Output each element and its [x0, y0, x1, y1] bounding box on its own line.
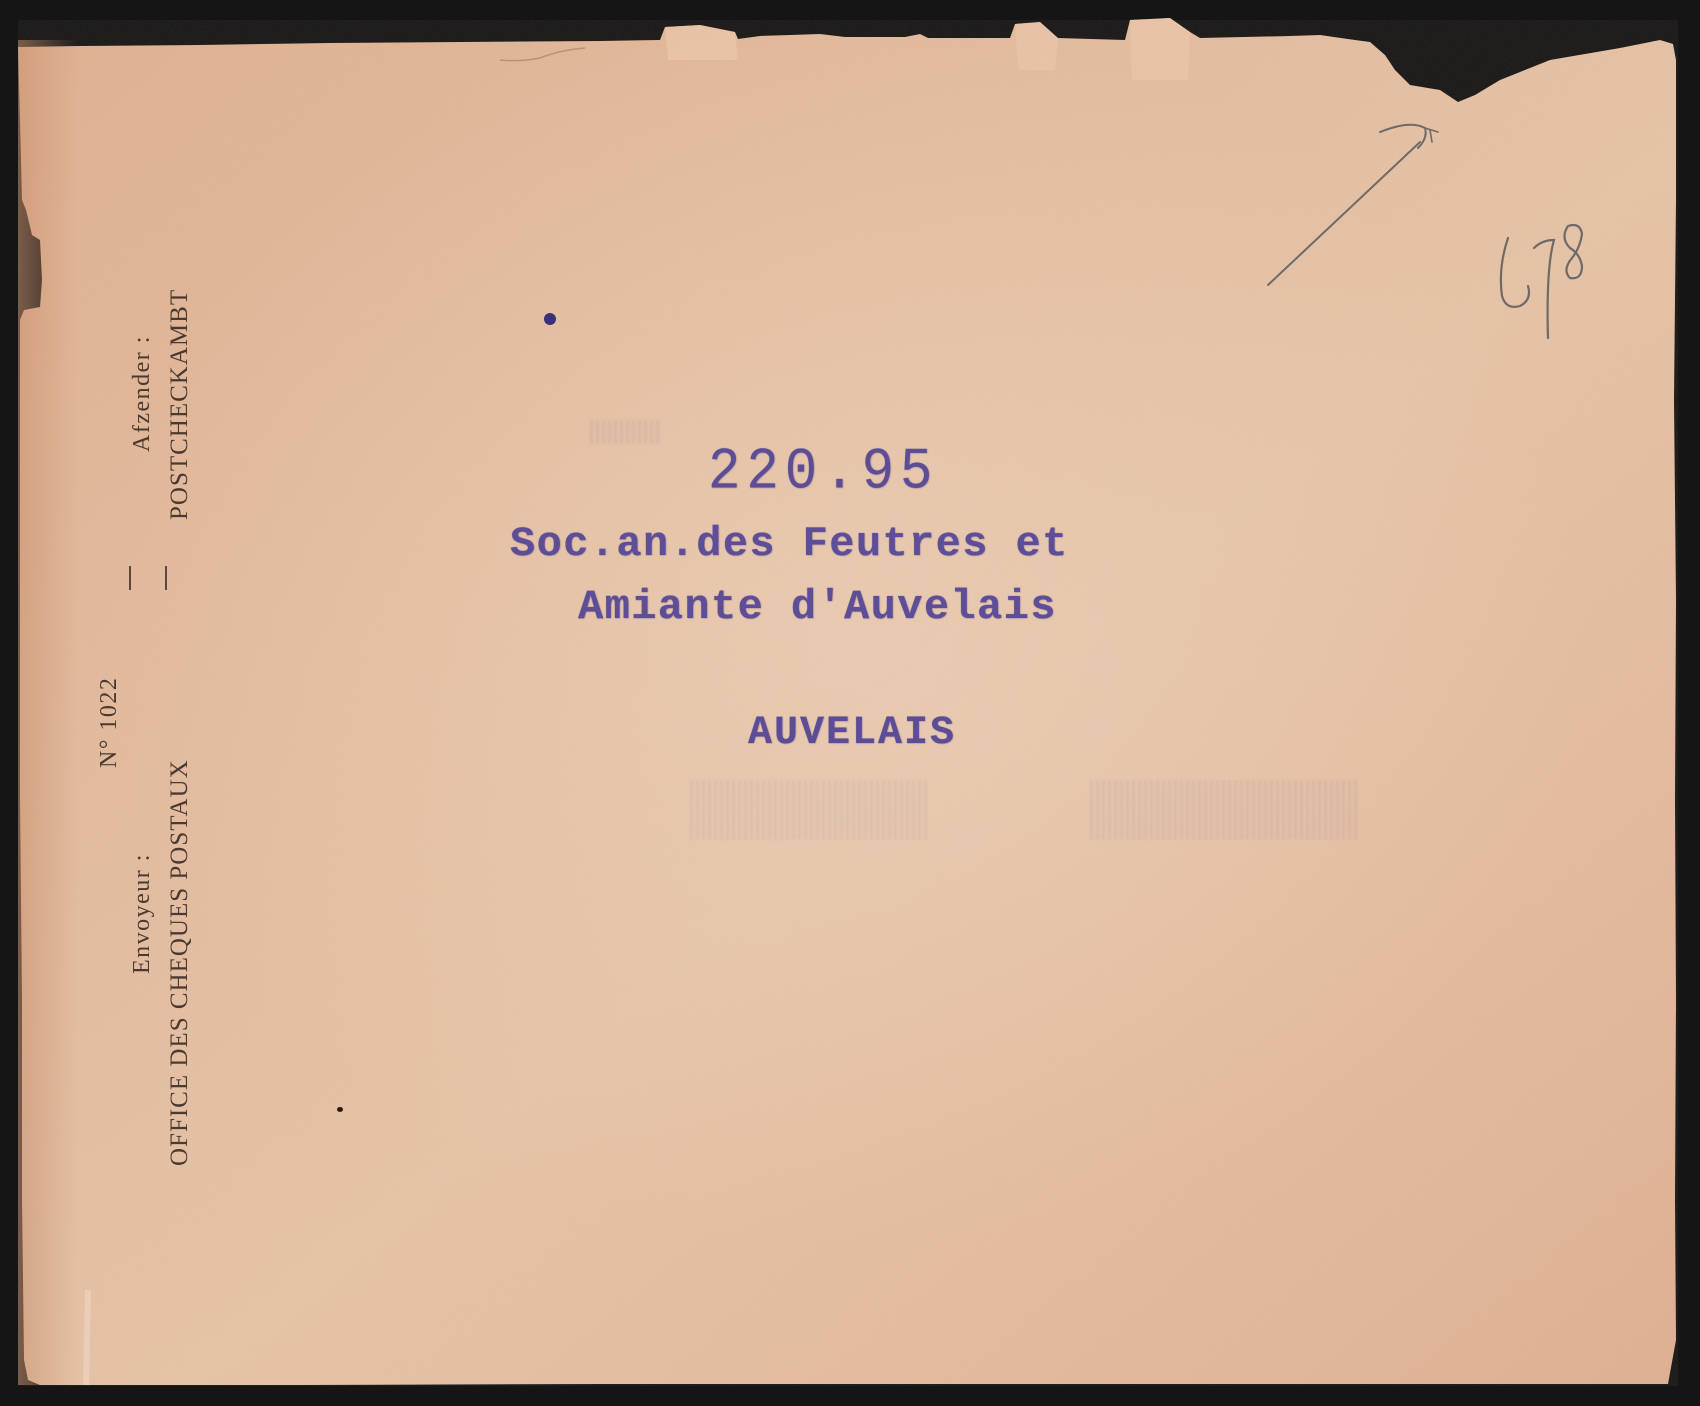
- stamp-address-line-1: Soc.an.des Feutres et: [510, 520, 1069, 568]
- stamp-city: AUVELAIS: [748, 711, 956, 756]
- envelope: [0, 0, 1700, 1406]
- envelope-paper-shape: [0, 0, 1700, 1406]
- scan-background: Afzender : POSTCHECKAMBT N° 1022 Envoyeu…: [0, 0, 1700, 1406]
- pencil-note-678: [1490, 218, 1600, 348]
- ink-dot: [337, 1107, 343, 1112]
- ink-bleed-mark: [690, 780, 930, 840]
- pencil-arrow-mark: [1260, 120, 1440, 290]
- ink-dot: [544, 313, 556, 325]
- stamp-amount: 220.95: [708, 440, 938, 506]
- ink-bleed-mark: [590, 420, 660, 444]
- stamp-address-line-2: Amiante d'Auvelais: [578, 583, 1057, 631]
- ink-bleed-mark: [1090, 780, 1360, 840]
